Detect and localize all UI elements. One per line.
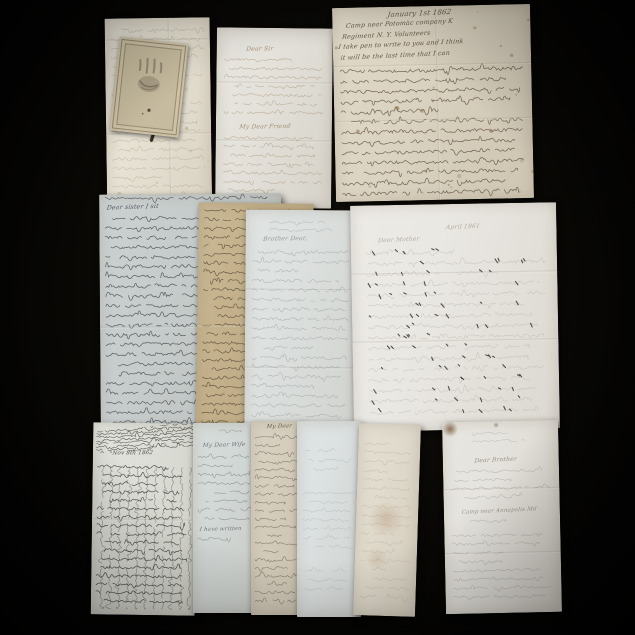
handwriting-ink <box>215 27 333 208</box>
handwriting-ink <box>244 210 358 449</box>
letter-my-dear-wife: My Dear WifeI have written <box>193 423 259 613</box>
photograph-of-letters: Dear SirMy Dear FriendJanuary 1st 1862Ca… <box>0 0 635 635</box>
handwriting-ink <box>442 420 562 614</box>
handwriting-ink <box>193 423 259 613</box>
handwriting-ink <box>251 421 303 615</box>
handwritten-text: My Dear Friend <box>239 123 291 131</box>
handwritten-text: My Dear <box>266 423 292 430</box>
handwritten-text: Nov 8th 1862 <box>112 450 153 457</box>
letter-cross-written: Nov 8th 1862 <box>91 422 198 615</box>
handwriting-ink <box>353 423 421 617</box>
letter-brother-dear: Brother Dear, <box>244 210 358 449</box>
handwritten-text: Dear Sir <box>246 45 274 52</box>
photo-card <box>110 37 189 138</box>
handwritten-text: I have written <box>199 526 242 533</box>
letter-faint-blue <box>297 421 361 617</box>
letter-dear-brother: Dear BrotherCamp near Annapolis Md <box>442 420 562 614</box>
letter-dear-mother: April 1861Dear Mother <box>350 202 560 432</box>
handwritten-text: Brother Dear, <box>263 235 308 243</box>
hand-photograph <box>116 43 182 131</box>
handwritten-text: My Dear Wife <box>202 442 246 449</box>
handwriting-ink <box>297 421 361 617</box>
letter-faint-cream <box>353 423 421 617</box>
letter-january-1862: January 1st 1862Camp near Potomac compan… <box>332 4 534 202</box>
letter-dear-sir: Dear SirMy Dear Friend <box>215 27 333 208</box>
letter-my-dear: My Dear <box>251 421 303 615</box>
